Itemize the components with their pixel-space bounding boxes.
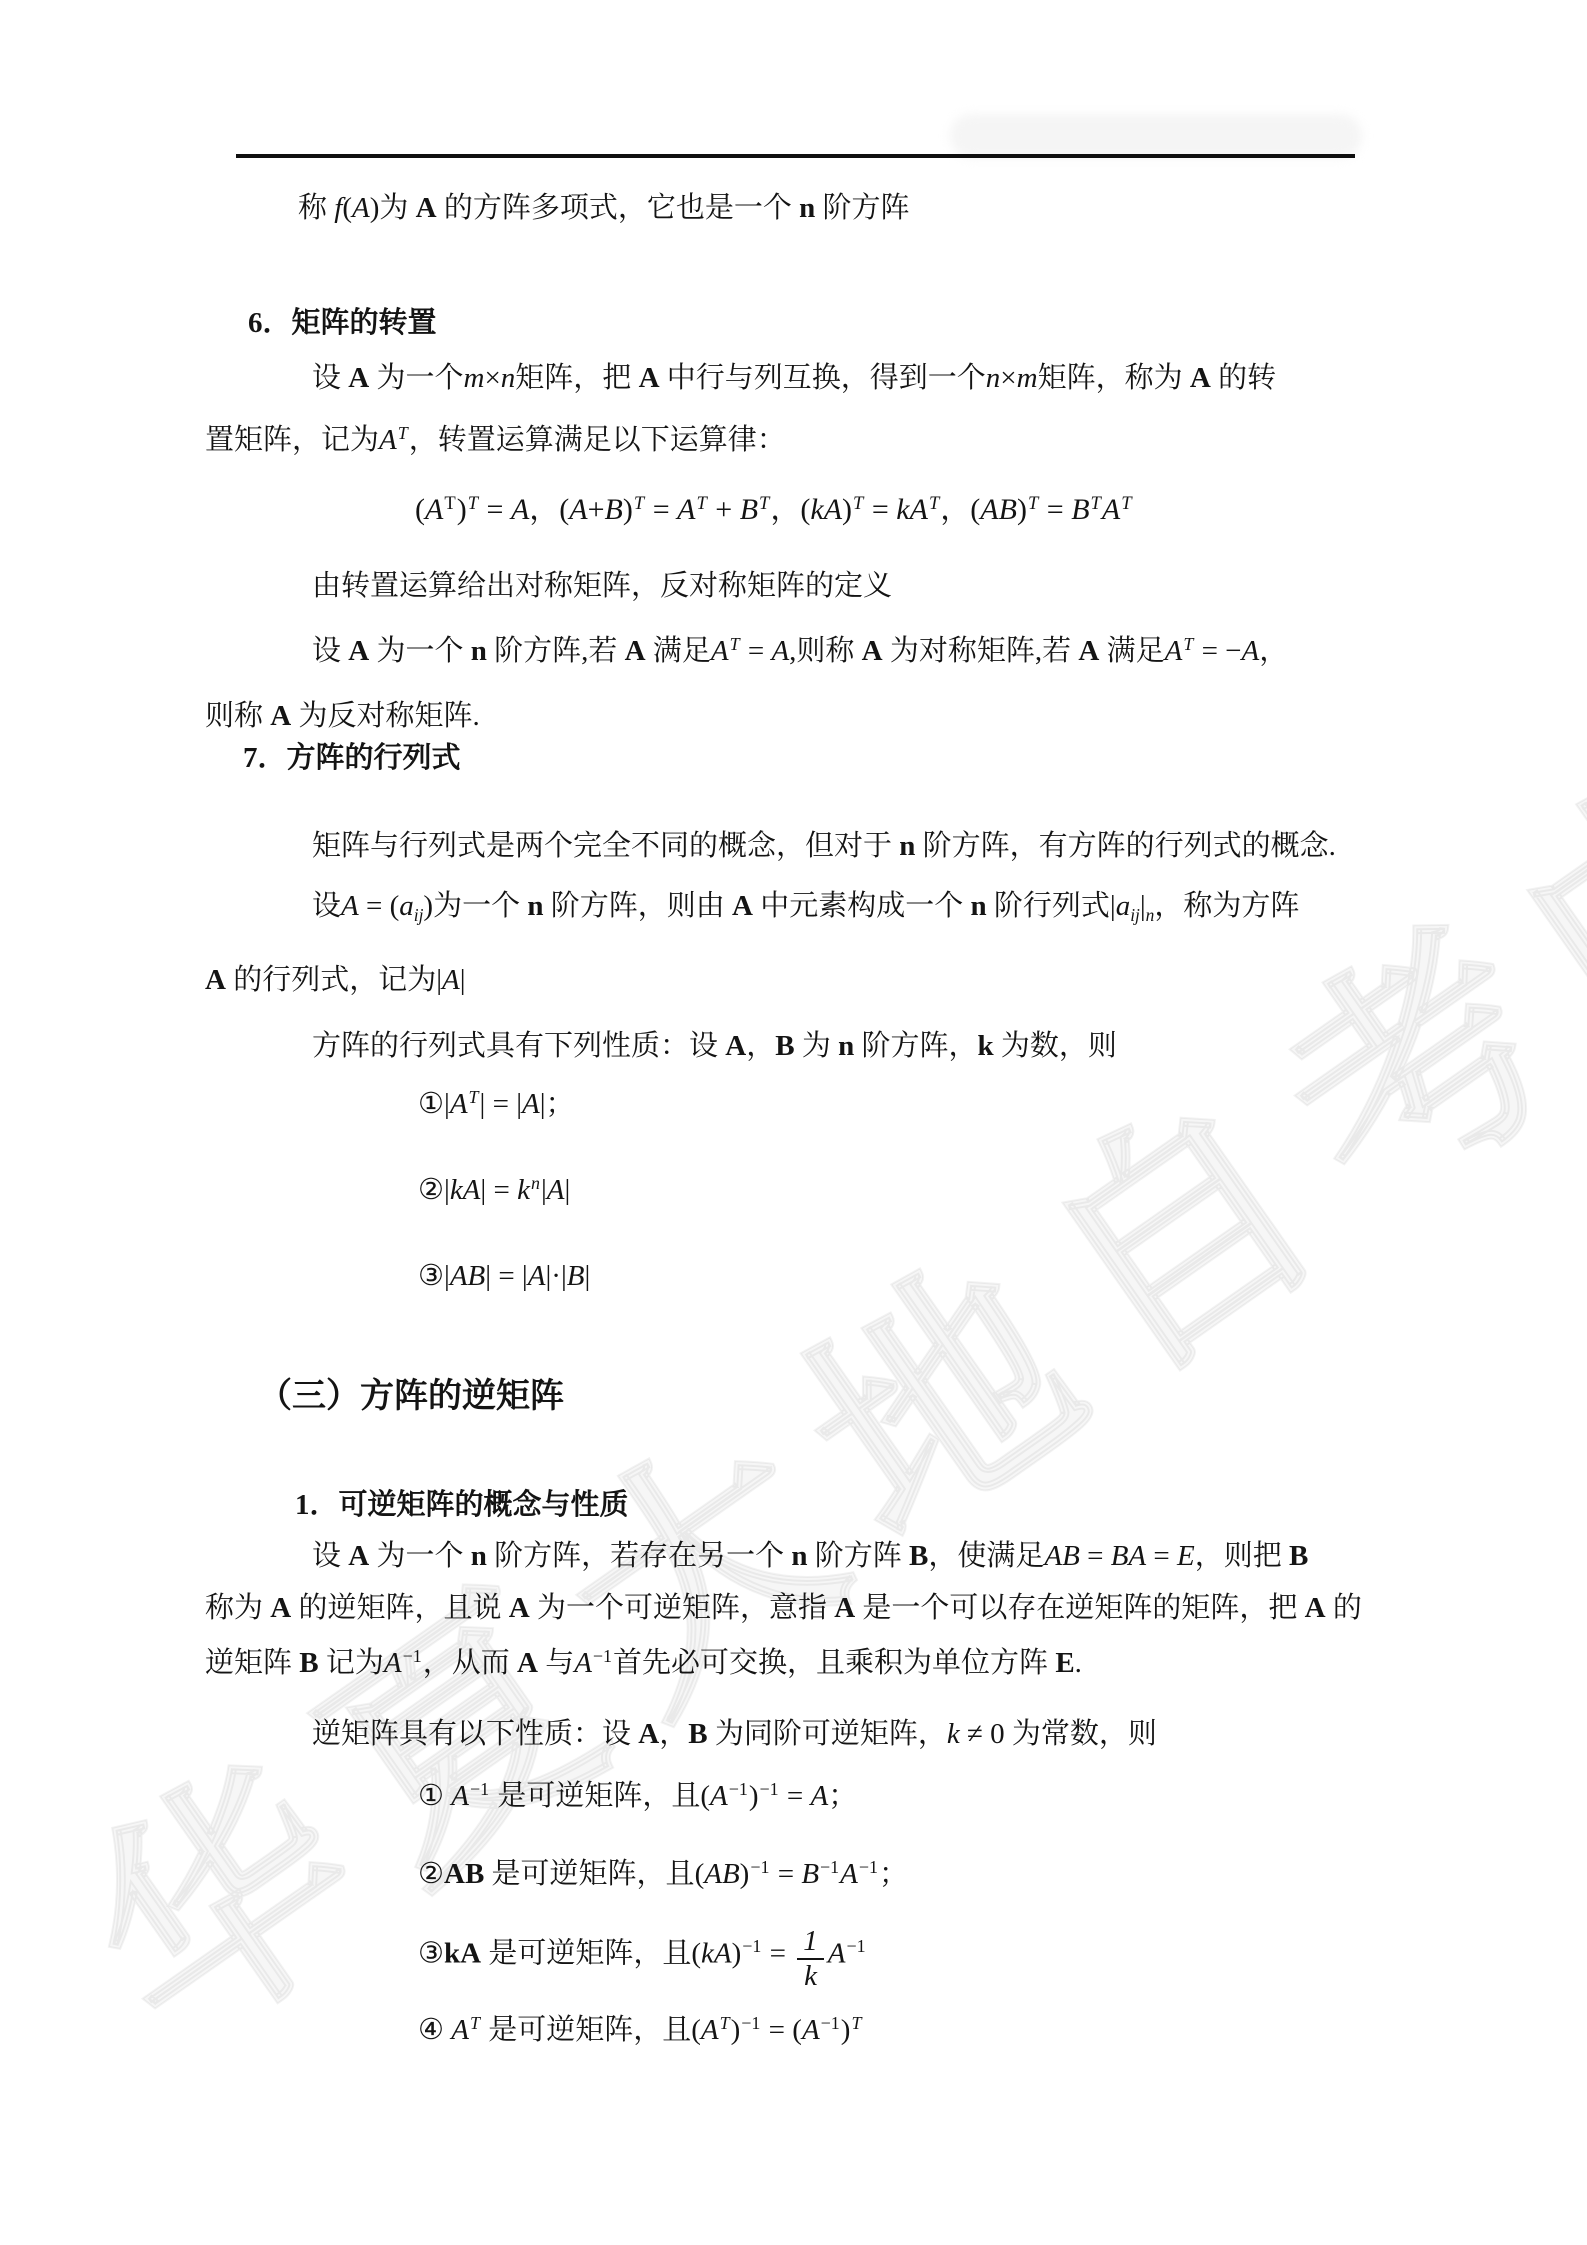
para-det-properties-intro: 方阵的行列式具有下列性质：设 A，B 为 n 阶方阵，k 为数，则 xyxy=(312,1028,1117,1066)
para-symmetric-intro: 由转置运算给出对称矩阵，反对称矩阵的定义 xyxy=(312,568,892,606)
para-inverse-def-line2: 称为 A 的逆矩阵，且说 A 为一个可逆矩阵，意指 A 是一个可以存在逆矩阵的矩… xyxy=(205,1590,1362,1628)
header-smudge xyxy=(950,114,1362,158)
heading-7-determinant: 7．方阵的行列式 xyxy=(243,740,461,778)
item-det-prop-1: ①|AT| = |A|； xyxy=(418,1086,575,1124)
item-det-prop-2: ②|kA| = kn|A| xyxy=(418,1172,570,1210)
item-inv-prop-2: ②AB 是可逆矩阵，且(AB)−1 = B−1A−1； xyxy=(418,1856,908,1894)
formula-transpose-rules: (AT)T = A，(A+B)T = AT + BT，(kA)T = kAT，(… xyxy=(415,490,1133,529)
heading-6-transpose: 6．矩阵的转置 xyxy=(248,305,437,343)
item-inv-prop-4: ④ AT 是可逆矩阵，且(AT)−1 = (A−1)T xyxy=(418,2012,862,2050)
item-det-prop-3: ③|AB| = |A|·|B| xyxy=(418,1258,590,1296)
document-page: 华夏大地自考中心 称 f(A)为 A 的方阵多项式，它也是一个 n 阶方阵6．矩… xyxy=(0,0,1587,2245)
para-inverse-def-line1: 设 A 为一个 n 阶方阵，若存在另一个 n 阶方阵 B，使满足AB = BA … xyxy=(312,1538,1308,1576)
para-symmetric-def-line2: 则称 A 为反对称矩阵. xyxy=(205,698,480,736)
para-symmetric-def-line1: 设 A 为一个 n 阶方阵,若 A 满足AT = A,则称 A 为对称矩阵,若 … xyxy=(312,633,1288,671)
para-det-def-line1: 设A = (aij)为一个 n 阶方阵，则由 A 中元素构成一个 n 阶行列式|… xyxy=(312,888,1299,926)
fraction: 1k xyxy=(797,1925,824,1993)
para-transpose-def-line1: 设 A 为一个m×n矩阵，把 A 中行与列互换，得到一个n×m矩阵，称为 A 的… xyxy=(312,360,1276,398)
para-inverse-def-line3: 逆矩阵 B 记为A−1，从而 A 与A−1首先必可交换，且乘积为单位方阵 E. xyxy=(205,1645,1082,1683)
para-det-concept: 矩阵与行列式是两个完全不同的概念，但对于 n 阶方阵，有方阵的行列式的概念. xyxy=(312,828,1336,866)
para-polynomial-note: 称 f(A)为 A 的方阵多项式，它也是一个 n 阶方阵 xyxy=(298,190,910,228)
para-transpose-def-line2: 置矩阵，记为AT，转置运算满足以下运算律： xyxy=(205,422,786,460)
header-rule xyxy=(236,154,1355,158)
item-inv-prop-1: ① A−1 是可逆矩阵，且(A−1)−1 = A； xyxy=(418,1778,857,1816)
para-inverse-properties-intro: 逆矩阵具有以下性质：设 A，B 为同阶可逆矩阵，k ≠ 0 为常数，则 xyxy=(312,1716,1157,1754)
heading-section-3-inverse: （三）方阵的逆矩阵 xyxy=(258,1375,564,1419)
para-det-def-line2: A 的行列式，记为|A| xyxy=(205,962,466,1000)
item-inv-prop-3: ③kA 是可逆矩阵，且(kA)−1 = 1kA−1 xyxy=(418,1925,867,1993)
heading-1-invertible: 1．可逆矩阵的概念与性质 xyxy=(295,1487,629,1525)
